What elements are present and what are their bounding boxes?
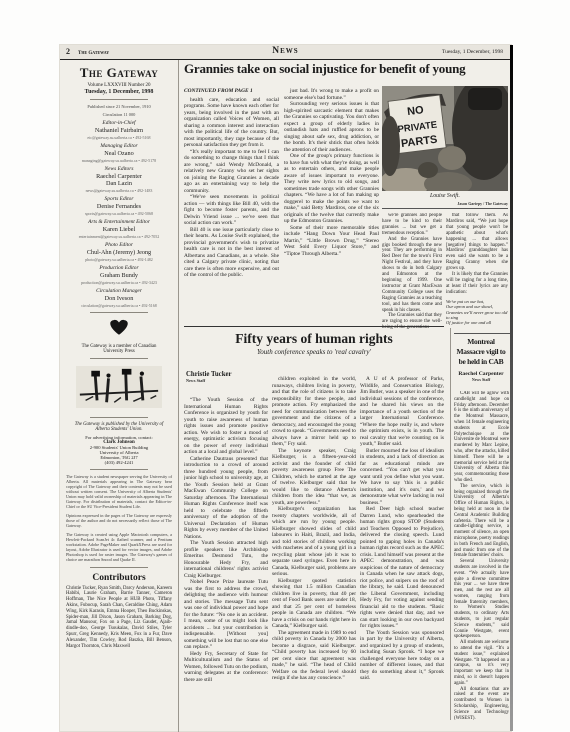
body-paragraph: All donations that are raised at the eve… (454, 687, 509, 720)
staff-name: Nathaniel Fairbairn (66, 127, 172, 134)
body-paragraph: we're grannies and people have to be kin… (382, 213, 442, 237)
staff-name: Raechel Carpenter Dan Lazin (66, 173, 172, 187)
body-paragraph: CAB will be aglow with candlelight and h… (454, 391, 509, 484)
staff-entry: Photo Editor Chul-Ahn (Jeremy) Jeong pho… (66, 242, 172, 262)
byline: Christie Tucker News Staff (186, 371, 274, 383)
article-column: CAB will be aglow with candlelight and h… (454, 391, 509, 720)
staff-entry: Circulation Manager Don Iveson circulati… (66, 288, 172, 308)
staff-role: Sports Editor (66, 196, 172, 202)
masthead-title: The Gateway (66, 65, 172, 81)
advertising-address: (403) 492-4241 (66, 460, 172, 465)
staff-role: Arts & Entertainment Editor (66, 219, 172, 225)
staff-contact: circulation@gateway.su.ualberta.ca • 492… (66, 303, 172, 308)
staff-contact: managing@gateway.su.ualberta.ca • 492-51… (66, 158, 172, 163)
newspaper-page: 2 The Gateway News Tuesday, 1 December, … (59, 44, 512, 732)
human-rights-headline: Fifty years of human rights (184, 331, 444, 347)
publisher-line: The Gateway is published by the Universi… (73, 422, 165, 432)
body-paragraph: children exploited in the world, runaway… (272, 376, 356, 448)
staff-role: Photo Editor (66, 242, 172, 248)
photo-caption: Louise Swift. (382, 193, 508, 199)
body-paragraph: that follow them. As Mardiros said, “We … (446, 213, 508, 272)
byline-name: Christie Tucker (186, 371, 274, 378)
staff-name: Denise Fernandes (66, 203, 172, 210)
contributors-list: Christie Tucker, Ryan Smith, Darcy Ander… (66, 586, 172, 650)
staff-name: Neal Ozano (66, 150, 172, 157)
column-divider (450, 328, 451, 720)
staff-role: Editor-in-Chief (66, 120, 172, 126)
body-paragraph: And the Grannies have gigs booked throug… (382, 237, 442, 314)
montreal-headline-line: Massacre vigil to (453, 347, 509, 357)
staff-name: Don Iveson (66, 295, 172, 302)
body-paragraph: Catherine Dautraus presented that introd… (184, 456, 268, 541)
cup-member-line: The Gateway is a member of Canadian Univ… (79, 344, 159, 354)
scan-edge (510, 45, 513, 731)
news-photo: NO PRIVATE PARTS (382, 86, 508, 191)
staff-role: Circulation Manager (66, 288, 172, 294)
section-rule (184, 326, 444, 327)
body-paragraph: All students are welcome to attend the v… (454, 640, 509, 686)
cup-logo-icon (106, 317, 132, 337)
staff-name: Chul-Ahn (Jeremy) Jeong (66, 249, 172, 256)
staff-name: Graham Bundy (66, 272, 172, 279)
body-paragraph: Bill 40 is one issue particularly close … (184, 227, 279, 279)
masthead-artwork (75, 366, 163, 408)
body-paragraph: Surrounding very serious issues is that … (284, 101, 379, 153)
legal-paragraph: Opinions expressed in the pages of The G… (66, 513, 172, 528)
body-paragraph: “The Youth Session of the International … (184, 397, 268, 456)
staff-entry: Sports Editor Denise Fernandes sports@ga… (66, 196, 172, 216)
sign-line: NO (406, 104, 424, 118)
body-paragraph: The agreement made in 1989 to end child … (272, 630, 356, 682)
body-paragraph: health care, education and social progra… (184, 97, 279, 149)
body-paragraph: “It's really important to me to feel I c… (184, 149, 279, 195)
body-paragraph: It is likely that the Grannies will be r… (446, 272, 508, 296)
body-paragraph: Several University students are involved… (454, 559, 509, 640)
contributors-title: Contributors (66, 573, 172, 583)
grannies-headline: Grannies take on social injustice for be… (184, 61, 510, 77)
staff-contact: entertainment@gateway.su.ualberta.ca • 4… (66, 234, 172, 239)
byline: Raechel Carpenter News Staff (453, 371, 509, 382)
body-paragraph: just bad. It's wrong to make a profit on… (284, 88, 379, 101)
montreal-headline-line: Montreal (453, 337, 509, 347)
staff-role: Managing Editor (66, 143, 172, 149)
body-paragraph: The keynote speaker, Craig Kielburger, i… (272, 448, 356, 507)
montreal-headline: Montreal Massacre vigil to be held in CA… (453, 337, 509, 367)
staff-entry: News Editors Raechel Carpenter Dan Lazin… (66, 166, 172, 193)
divider (90, 567, 148, 568)
body-paragraph: The service, which is being organized th… (454, 484, 509, 559)
divider (90, 99, 148, 100)
page-header-bar: 2 The Gateway News Tuesday, 1 December, … (60, 45, 511, 60)
legal-block: The Gateway is a student newspaper servi… (66, 474, 172, 562)
volume-line: Volume LXXXVIII Number 20 (66, 83, 172, 88)
legal-paragraph: The Gateway is created using Apple Macin… (66, 532, 172, 562)
staff-contact: production@gateway.su.ualberta.ca • 492-… (66, 280, 172, 285)
article-column: “The Youth Session of the International … (184, 397, 268, 719)
verse-line: Of justice for one and all (446, 320, 508, 325)
published-line: Published since 21 November, 1910 (66, 104, 172, 109)
divider (90, 312, 148, 313)
closing-verse: We've put on our hat,Our apron and our s… (446, 299, 508, 326)
divider (454, 333, 510, 334)
staff-entry: Arts & Entertainment Editor Karen Liebel… (66, 219, 172, 239)
byline-title: News Staff (453, 377, 509, 382)
staff-contact: photo@gateway.su.ualberta.ca • 492-1482 (66, 257, 172, 262)
staff-list: Editor-in-Chief Nathaniel Fairbairn eic@… (66, 120, 172, 308)
staff-entry: Editor-in-Chief Nathaniel Fairbairn eic@… (66, 120, 172, 140)
montreal-headline-line: be held in CAB (453, 357, 509, 367)
divider (90, 417, 148, 418)
human-rights-subhead: Youth conference speaks to 'real cavalry… (184, 348, 444, 356)
article-column: just bad. It's wrong to make a profit on… (284, 88, 379, 325)
body-paragraph: Kielburger's organization has twenty cha… (272, 506, 356, 578)
circulation-line: Circulation 11 000 (66, 112, 172, 117)
masthead-sidebar: The Gateway Volume LXXXVIII Number 20 Tu… (60, 60, 179, 732)
article-column: CONTINUED FROM PAGE 1 health care, educa… (184, 88, 279, 325)
body-paragraph: The Youth Session attracted high profile… (184, 540, 268, 579)
staff-contact: news@gateway.su.ualberta.ca • 492-1483 (66, 188, 172, 193)
body-paragraph: Hedy Fry, Secretary of State for Multicu… (184, 651, 268, 684)
article-column: that follow them. As Mardiros said, “We … (446, 213, 508, 343)
staff-entry: Managing Editor Neal Ozano managing@gate… (66, 143, 172, 163)
body-paragraph: Some of their more memorable titles incl… (284, 225, 379, 258)
divider (382, 208, 508, 209)
article-column: we're grannies and people have to be kin… (382, 213, 442, 343)
body-paragraph: The Grannies said that they are raging t… (382, 313, 442, 331)
body-paragraph: Nobel Peace Prize laureate Tutu was the … (184, 579, 268, 651)
body-paragraph: The Youth Session was sponsored in part … (360, 630, 444, 682)
body-paragraph: “We've seen movements in political actio… (184, 194, 279, 227)
body-paragraph: Kielburger quoted statistics showing tha… (272, 578, 356, 630)
divider (90, 469, 148, 470)
continued-from-label: CONTINUED FROM PAGE 1 (184, 88, 279, 95)
staff-name: Karen Liebel (66, 226, 172, 233)
staff-contact: sports@gateway.su.ualberta.ca • 492-5068 (66, 211, 172, 216)
advertising-block: For advertising information, contact: Cl… (66, 435, 172, 465)
photo-credit: Jason Gariepy / The Gateway (382, 201, 508, 206)
issue-date: Tuesday, 1 December, 1998 (442, 49, 503, 55)
divider (90, 358, 148, 359)
body-paragraph: Butler mourned the loss of idealism in s… (360, 448, 444, 507)
legal-paragraph: The Gateway is a student newspaper servi… (66, 474, 172, 509)
masthead-date: Tuesday, 1 December, 1998 (66, 89, 172, 95)
article-column: A U of A professor of Parks, Wildlife, a… (360, 376, 444, 719)
staff-role: News Editors (66, 166, 172, 172)
body-paragraph: One of the group's primary functions is … (284, 153, 379, 225)
staff-entry: Production Editor Graham Bundy productio… (66, 265, 172, 285)
verse-line: Grannies we'll never grow too old to sin… (446, 310, 508, 321)
staff-role: Production Editor (66, 265, 172, 271)
article-column: children exploited in the world, runaway… (272, 376, 356, 719)
body-paragraph: A U of A professor of Parks, Wildlife, a… (360, 376, 444, 448)
body-paragraph: Red Deer high school teacher Darren Lund… (360, 506, 444, 630)
byline-title: News Staff (186, 378, 274, 383)
staff-contact: eic@gateway.su.ualberta.ca • 492-5168 (66, 135, 172, 140)
